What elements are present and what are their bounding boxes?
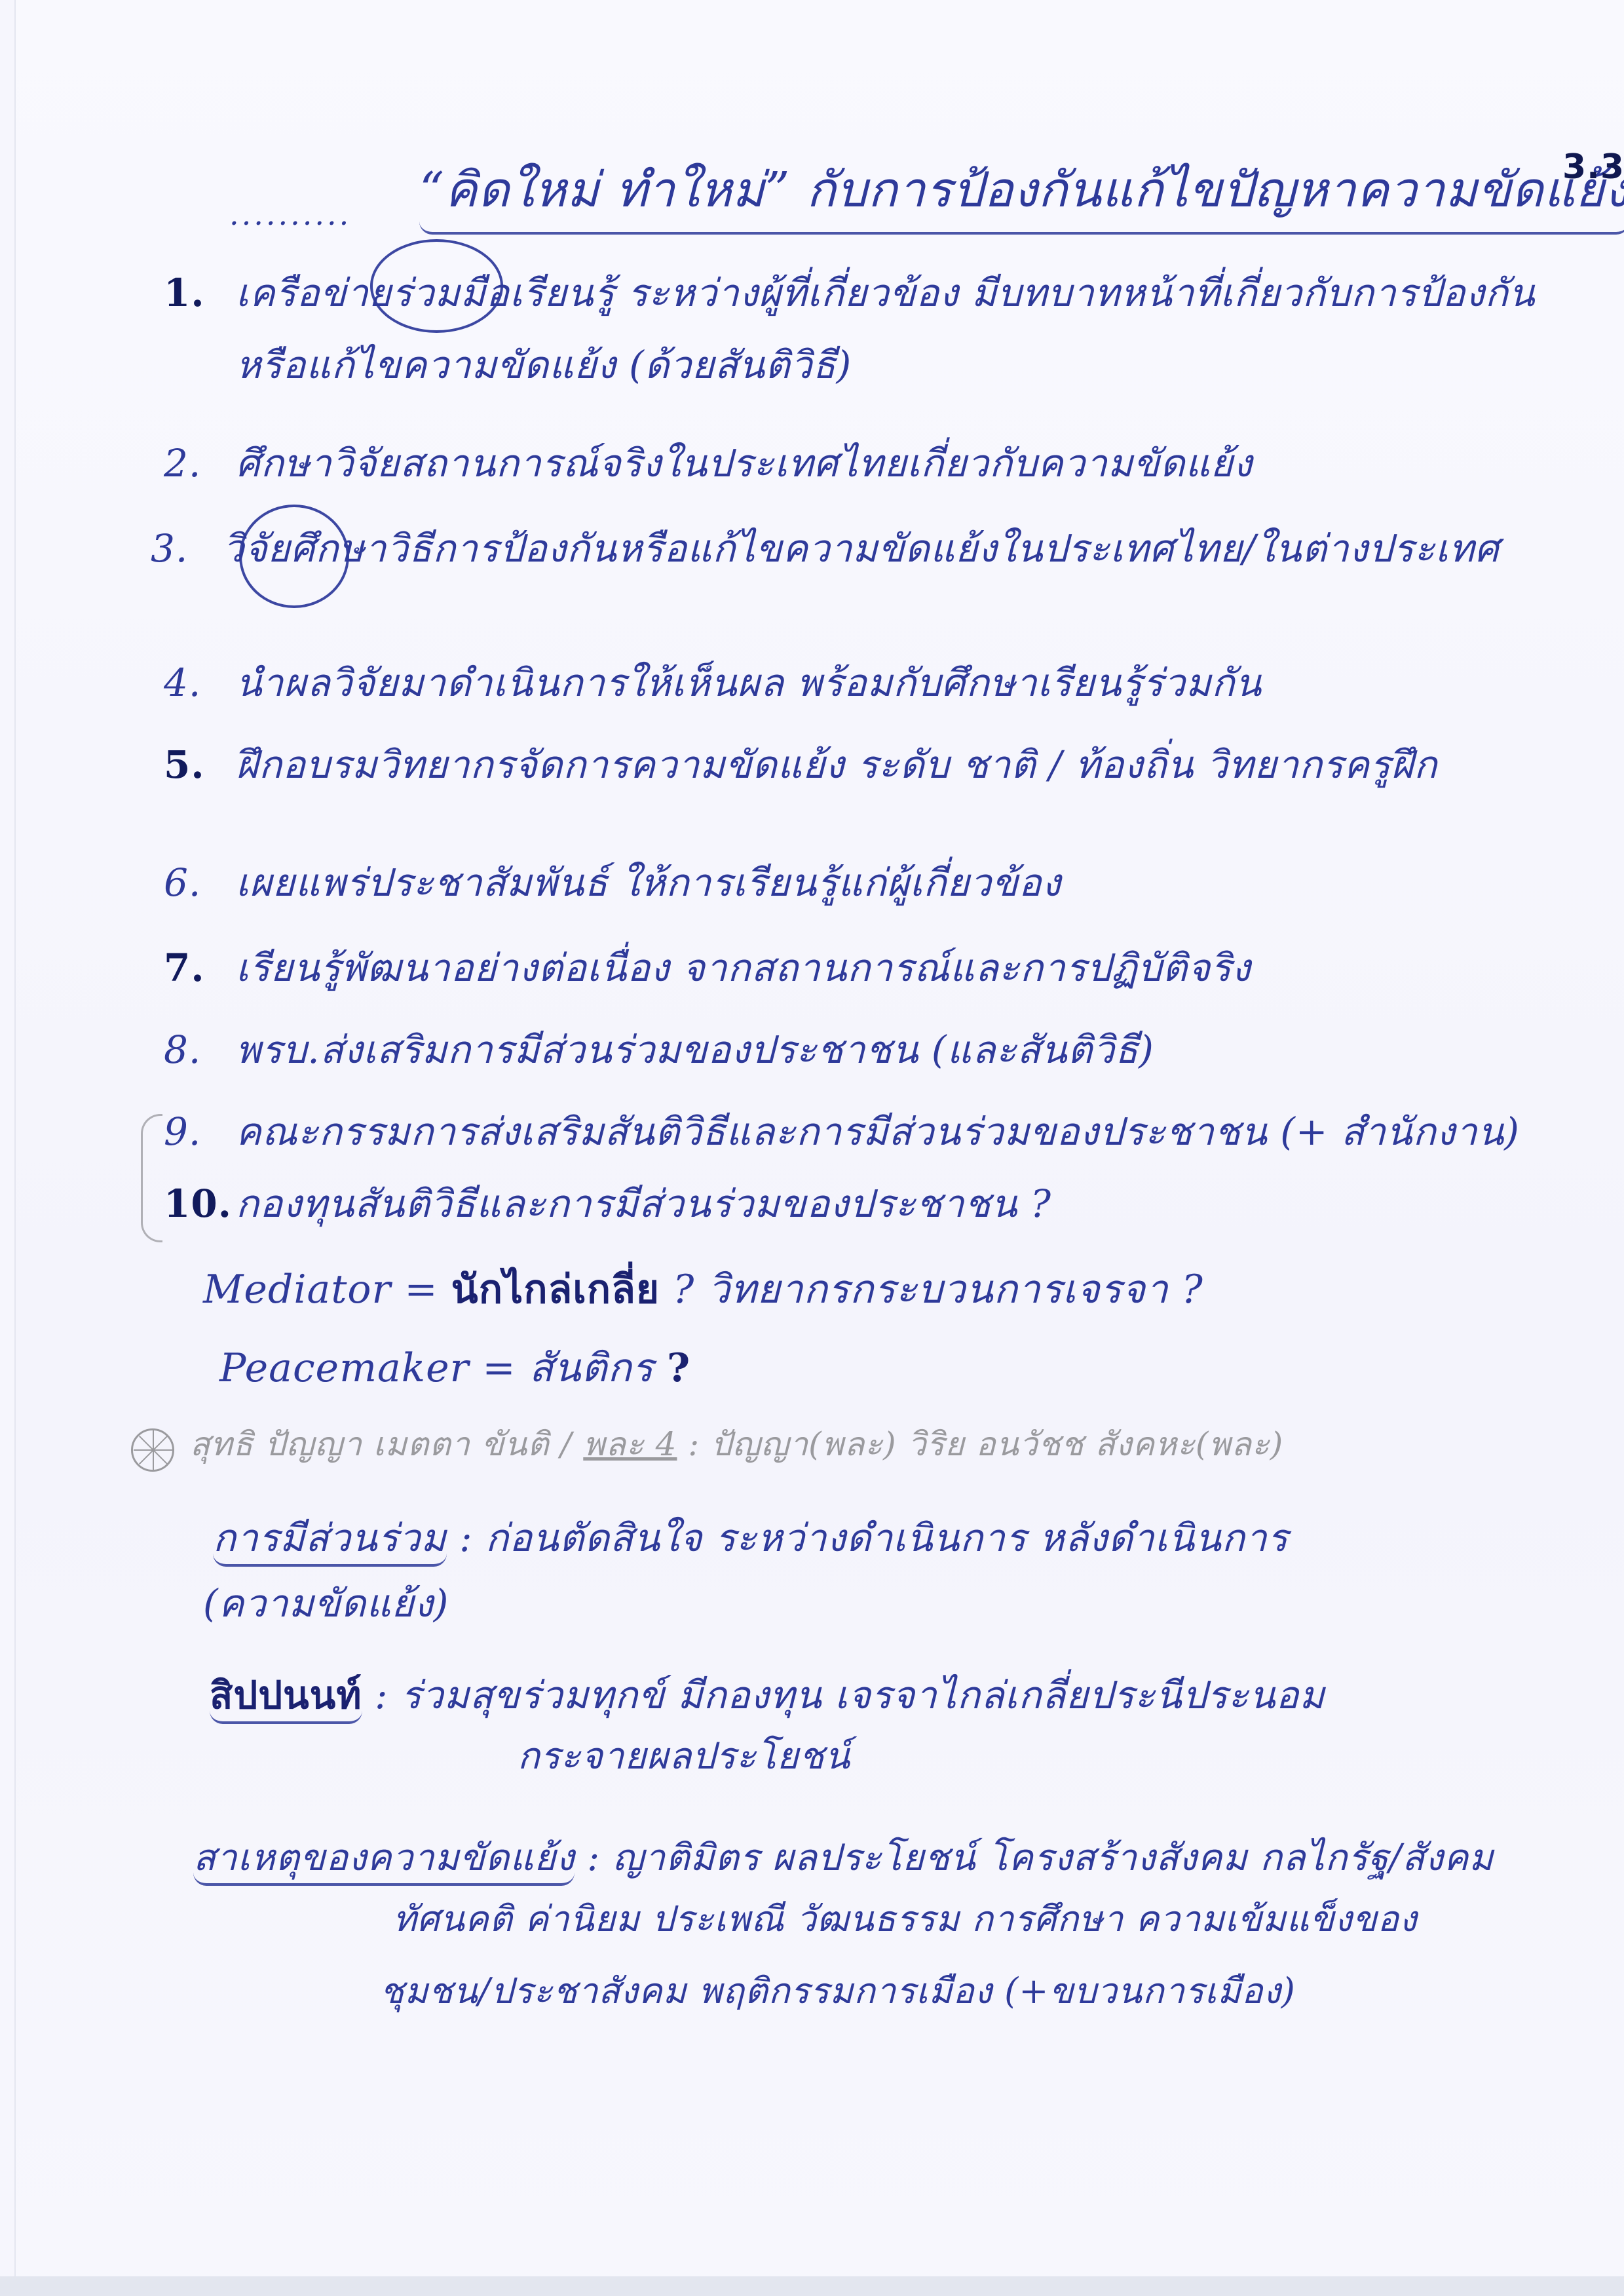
separator: / [561,1425,573,1463]
item-number: 1. [164,271,236,315]
scan-edge [0,2276,1624,2296]
list-item-1: 1.เครือข่ายร่วมมือเรียนรู้ ระหว่างผู้ที่… [164,262,1536,323]
item-number: 5. [164,742,236,787]
term: Mediator [203,1267,391,1312]
skills-heading: สิปปนนท์ [210,1673,362,1724]
list-item-9: 9.คณะกรรมการส่งเสริมสันติวิธีและการมีส่ว… [164,1101,1520,1162]
item-text: เผยแพร่ประชาสัมพันธ์ ให้การเรียนรู้แก่ผู… [236,860,1061,905]
item-number: 2. [164,441,236,486]
meaning: สันติกร [529,1345,654,1391]
causes-heading: สาเหตุของความขัดแย้ง [193,1837,575,1886]
page-title: “คิดใหม่ ทำใหม่” กับการป้องกันแก้ไขปัญหา… [419,151,1624,235]
list-item-4: 4.นำผลวิจัยมาดำเนินการให้เห็นผล พร้อมกับ… [164,652,1262,713]
item-text: นำผลวิจัยมาดำเนินการให้เห็นผล พร้อมกับศึ… [236,660,1262,705]
powers-label: พละ 4 [583,1425,677,1463]
participation-text: : ก่อนตัดสินใจ ระหว่างดำเนินการ หลังดำเน… [459,1516,1289,1560]
list-item-5: 5.ฝึกอบรมวิทยากรจัดการความขัดแย้ง ระดับ … [164,734,1437,795]
causes-text: : ญาติมิตร ผลประโยชน์ โครงสร้างสังคม กลไ… [587,1837,1494,1879]
powers-text: : ปัญญา(พละ) วิริย อนวัชช สังคหะ(พละ) [688,1425,1283,1463]
question-mark: ? [1182,1267,1203,1312]
item-number: 8. [164,1027,236,1072]
list-item-2: 2.ศึกษาวิจัยสถานการณ์จริงในประเทศไทยเกี่… [164,432,1253,493]
list-item-3: 3.วิจัยศึกษาวิธีการป้องกันหรือแก้ไขความข… [151,518,1500,579]
item-number: 4. [164,660,236,705]
item-text: พรบ.ส่งเสริมการมีส่วนร่วมของประชาชน (และ… [236,1027,1154,1072]
list-item-1-continued: หรือแก้ไขความขัดแย้ง (ด้วยสันติวิธี) [236,334,852,395]
item-number: 10. [164,1181,236,1226]
leader-dots: .......... [229,197,351,232]
item-number: 7. [164,946,236,990]
skills-row: สิปปนนท์ : ร่วมสุขร่วมทุกข์ มีกองทุน เจร… [210,1664,1325,1725]
participation-row: การมีส่วนร่วม : ก่อนตัดสินใจ ระหว่างดำเน… [213,1507,1289,1568]
definition-peacemaker: Peacemaker = สันติกร ? [219,1337,690,1399]
item-text: ศึกษาวิจัยสถานการณ์จริงในประเทศไทยเกี่ยว… [236,441,1253,486]
term: Peacemaker [219,1345,469,1391]
participation-subheading: (ความขัดแย้ง) [203,1573,449,1634]
item-text: คณะกรรมการส่งเสริมสันติวิธีและการมีส่วนร… [236,1109,1520,1154]
equals: = [482,1345,516,1391]
skills-continued: กระจายผลประโยชน์ [518,1727,850,1785]
causes-row: สาเหตุของความขัดแย้ง : ญาติมิตร ผลประโยช… [193,1828,1494,1886]
dharma-wheel-icon [131,1428,174,1472]
item-text: ฝึกอบรมวิทยากรจัดการความขัดแย้ง ระดับ ชา… [236,742,1437,787]
definition-mediator: Mediator = นักไกล่เกลี่ย ? วิทยากรกระบวน… [203,1258,1203,1320]
item-number: 9. [164,1109,236,1154]
virtues-text: สุทธิ ปัญญา เมตตา ขันติ [190,1425,550,1463]
date-stamp: 3.3.44 [1562,147,1624,187]
pencil-note: สุทธิ ปัญญา เมตตา ขันติ / พละ 4 : ปัญญา(… [190,1419,1283,1470]
meaning: นักไกล่เกลี่ย [451,1267,660,1312]
question-mark: ? [673,1267,694,1312]
question-mark: ? [667,1345,690,1391]
list-item-6: 6.เผยแพร่ประชาสัมพันธ์ ให้การเรียนรู้แก่… [164,852,1061,913]
item-text: เครือข่ายร่วมมือเรียนรู้ ระหว่างผู้ที่เก… [236,271,1536,315]
equals: = [404,1267,438,1312]
causes-line-3: ชุมชน/ประชาสังคม พฤติกรรมการเมือง (+ขบวน… [380,1962,1296,2019]
item-number: 6. [164,860,236,905]
item-text: เรียนรู้พัฒนาอย่างต่อเนื่อง จากสถานการณ์… [236,946,1251,990]
participation-heading: การมีส่วนร่วม [213,1516,447,1567]
list-item-10: 10.กองทุนสันติวิธีและการมีส่วนร่วมของประ… [164,1173,1051,1234]
bracket-mark [141,1114,162,1242]
item-number: 3. [151,526,223,571]
causes-line-2: ทัศนคติ ค่านิยม ประเพณี วัฒนธรรม การศึกษ… [393,1890,1417,1947]
skills-text: : ร่วมสุขร่วมทุกข์ มีกองทุน เจรจาไกล่เกล… [375,1673,1325,1717]
item-text: กองทุนสันติวิธีและการมีส่วนร่วมของประชาช… [236,1181,1051,1226]
list-item-7: 7.เรียนรู้พัฒนาอย่างต่อเนื่อง จากสถานการ… [164,937,1251,998]
item-text: วิจัยศึกษาวิธีการป้องกันหรือแก้ไขความขัด… [223,526,1500,571]
alt-meaning: วิทยากรกระบวนการเจรจา [708,1267,1168,1312]
list-item-8: 8.พรบ.ส่งเสริมการมีส่วนร่วมของประชาชน (แ… [164,1019,1154,1080]
